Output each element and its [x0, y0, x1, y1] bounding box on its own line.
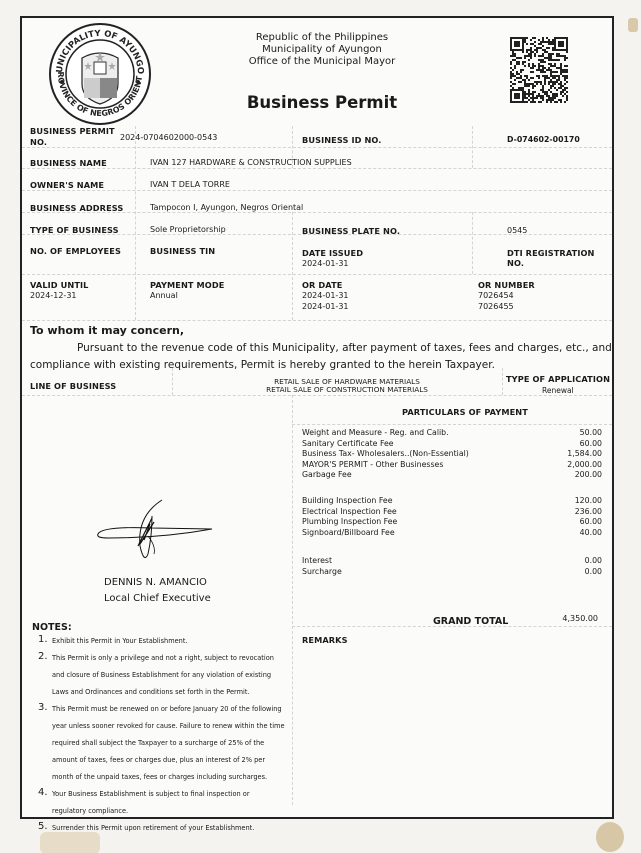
tin-label: BUSINESS TIN: [150, 246, 215, 256]
note-line: year unless sooner revoked for cause. Fa…: [52, 721, 302, 732]
business-permit-document: MUNICIPALITY OF AYUNGON PROVINCE OF NEGR…: [20, 16, 614, 819]
payment-row: MAYOR'S PERMIT - Other Businesses2,000.0…: [302, 460, 602, 471]
particulars-header: PARTICULARS OF PAYMENT: [402, 407, 528, 417]
payment-row: Garbage Fee200.00: [302, 470, 602, 481]
or-number-1: 7026454: [478, 291, 514, 300]
or-number-2: 7026455: [478, 302, 514, 311]
business-id-label: BUSINESS ID NO.: [302, 135, 382, 145]
payment-row: Signboard/Billboard Fee40.00: [302, 528, 602, 539]
or-number-label: OR NUMBER: [478, 280, 535, 290]
date-issued-label: DATE ISSUED: [302, 248, 363, 258]
type-of-business-label: TYPE OF BUSINESS: [30, 225, 119, 235]
note-line: regulatory compliance.: [52, 806, 302, 817]
note-number: 2.: [38, 651, 48, 662]
permit-no-value: 2024-0704602000-0543: [120, 133, 217, 142]
payment-amount: 40.00: [580, 528, 602, 537]
type-of-business-value: Sole Proprietorship: [150, 225, 226, 234]
business-id-value: D-074602-00170: [507, 135, 580, 144]
owner-value: IVAN T DELA TORRE: [150, 180, 230, 189]
payment-item: Business Tax- Wholesalers..(Non-Essentia…: [302, 449, 469, 458]
payment-item: Signboard/Billboard Fee: [302, 528, 395, 537]
payment-mode-label: PAYMENT MODE: [150, 280, 224, 290]
type-of-application-value: Renewal: [542, 386, 574, 395]
payment-row: Interest0.00: [302, 556, 602, 567]
line-of-business-label: LINE OF BUSINESS: [30, 381, 116, 391]
payment-amount: 0.00: [585, 567, 602, 576]
line-of-business-item: RETAIL SALE OF CONSTRUCTION MATERIALS: [232, 386, 462, 394]
note-number: 5.: [38, 821, 48, 832]
signature-icon: [92, 496, 222, 566]
grand-total-label: GRAND TOTAL: [433, 616, 508, 627]
note-number: 3.: [38, 702, 48, 713]
note-line: Your Business Establishment is subject t…: [52, 789, 302, 800]
payment-amount: 236.00: [575, 507, 602, 516]
note-number: 4.: [38, 787, 48, 798]
note-line: This Permit must be renewed on or before…: [52, 704, 302, 715]
payment-item: Weight and Measure - Reg. and Calib.: [302, 428, 449, 437]
type-of-application-label: TYPE OF APPLICATION: [506, 374, 610, 384]
notes-label: NOTES:: [32, 622, 72, 633]
note-line: This Permit is only a privilege and not …: [52, 653, 302, 664]
or-date-label: OR DATE: [302, 280, 343, 290]
payment-item: Building Inspection Fee: [302, 496, 393, 505]
remarks-label: REMARKS: [302, 635, 348, 645]
business-name-value: IVAN 127 HARDWARE & CONSTRUCTION SUPPLIE…: [150, 158, 352, 167]
or-date-2: 2024-01-31: [302, 302, 349, 311]
note-line: Exhibit this Permit in Your Establishmen…: [52, 636, 302, 647]
payment-row: Building Inspection Fee120.00: [302, 496, 602, 507]
or-date-1: 2024-01-31: [302, 291, 349, 300]
note-line: and closure of Business Establishment fo…: [52, 670, 302, 681]
signatory-name: DENNIS N. AMANCIO: [104, 577, 207, 588]
header-line-office: Office of the Municipal Mayor: [212, 56, 432, 68]
payment-row: Weight and Measure - Reg. and Calib.50.0…: [302, 428, 602, 439]
payment-item: Electrical Inspection Fee: [302, 507, 397, 516]
grant-paragraph: Pursuant to the revenue code of this Mun…: [30, 340, 614, 374]
payment-row: Surcharge0.00: [302, 567, 602, 578]
qr-code-icon: [510, 37, 568, 103]
signatory-title: Local Chief Executive: [104, 593, 211, 604]
payment-row: Electrical Inspection Fee236.00: [302, 507, 602, 518]
header-lines: Republic of the Philippines Municipality…: [212, 32, 432, 68]
valid-until-value: 2024-12-31: [30, 291, 77, 300]
tape-stain: [596, 822, 624, 852]
payment-item: Surcharge: [302, 567, 342, 576]
note-line: required shall subject the Taxpayer to a…: [52, 738, 302, 749]
owner-label: OWNER'S NAME: [30, 180, 104, 190]
plate-no-label: BUSINESS PLATE NO.: [302, 226, 400, 236]
note-line: amount of taxes, fees or charges due, pl…: [52, 755, 302, 766]
note-number: 1.: [38, 634, 48, 645]
note-line: month of the unpaid taxes, fees or charg…: [52, 772, 302, 783]
payment-amount: 200.00: [575, 470, 602, 479]
note-line: Laws and Ordinances and conditions set f…: [52, 687, 302, 698]
plate-no-value: 0545: [507, 226, 527, 235]
business-name-label: BUSINESS NAME: [30, 158, 107, 168]
greeting: To whom it may concern,: [30, 324, 184, 337]
payment-amount: 60.00: [580, 517, 602, 526]
municipal-seal-icon: MUNICIPALITY OF AYUNGON PROVINCE OF NEGR…: [48, 22, 152, 126]
tape-stain: [628, 18, 638, 32]
page-title: Business Permit: [212, 93, 432, 112]
payment-amount: 1,584.00: [567, 449, 602, 458]
permit-no-label: BUSINESS PERMIT NO.: [30, 126, 120, 148]
payment-item: MAYOR'S PERMIT - Other Businesses: [302, 460, 443, 469]
tape-stain: [40, 832, 100, 853]
grant-paragraph-text: Pursuant to the revenue code of this Mun…: [30, 342, 612, 371]
payment-amount: 50.00: [580, 428, 602, 437]
grand-total-value: 4,350.00: [562, 614, 598, 623]
header-line-republic: Republic of the Philippines: [212, 32, 432, 44]
header-line-municipality: Municipality of Ayungon: [212, 44, 432, 56]
payment-item: Plumbing Inspection Fee: [302, 517, 397, 526]
payment-row: Sanitary Certificate Fee60.00: [302, 439, 602, 450]
payment-item: Interest: [302, 556, 332, 565]
address-label: BUSINESS ADDRESS: [30, 203, 123, 213]
payment-mode-value: Annual: [150, 291, 178, 300]
line-of-business-values: RETAIL SALE OF HARDWARE MATERIALS RETAIL…: [232, 378, 462, 394]
date-issued-value: 2024-01-31: [302, 259, 349, 268]
payment-amount: 2,000.00: [567, 460, 602, 469]
payment-amount: 120.00: [575, 496, 602, 505]
payment-row: Plumbing Inspection Fee60.00: [302, 517, 602, 528]
valid-until-label: VALID UNTIL: [30, 280, 88, 290]
payment-item: Garbage Fee: [302, 470, 352, 479]
payment-row: Business Tax- Wholesalers..(Non-Essentia…: [302, 449, 602, 460]
payment-amount: 60.00: [580, 439, 602, 448]
dti-label: DTI REGISTRATION NO.: [507, 248, 612, 268]
payment-item: Sanitary Certificate Fee: [302, 439, 394, 448]
payment-amount: 0.00: [585, 556, 602, 565]
address-value: Tampocon I, Ayungon, Negros Oriental: [150, 203, 303, 212]
employees-label: NO. OF EMPLOYEES: [30, 246, 121, 256]
